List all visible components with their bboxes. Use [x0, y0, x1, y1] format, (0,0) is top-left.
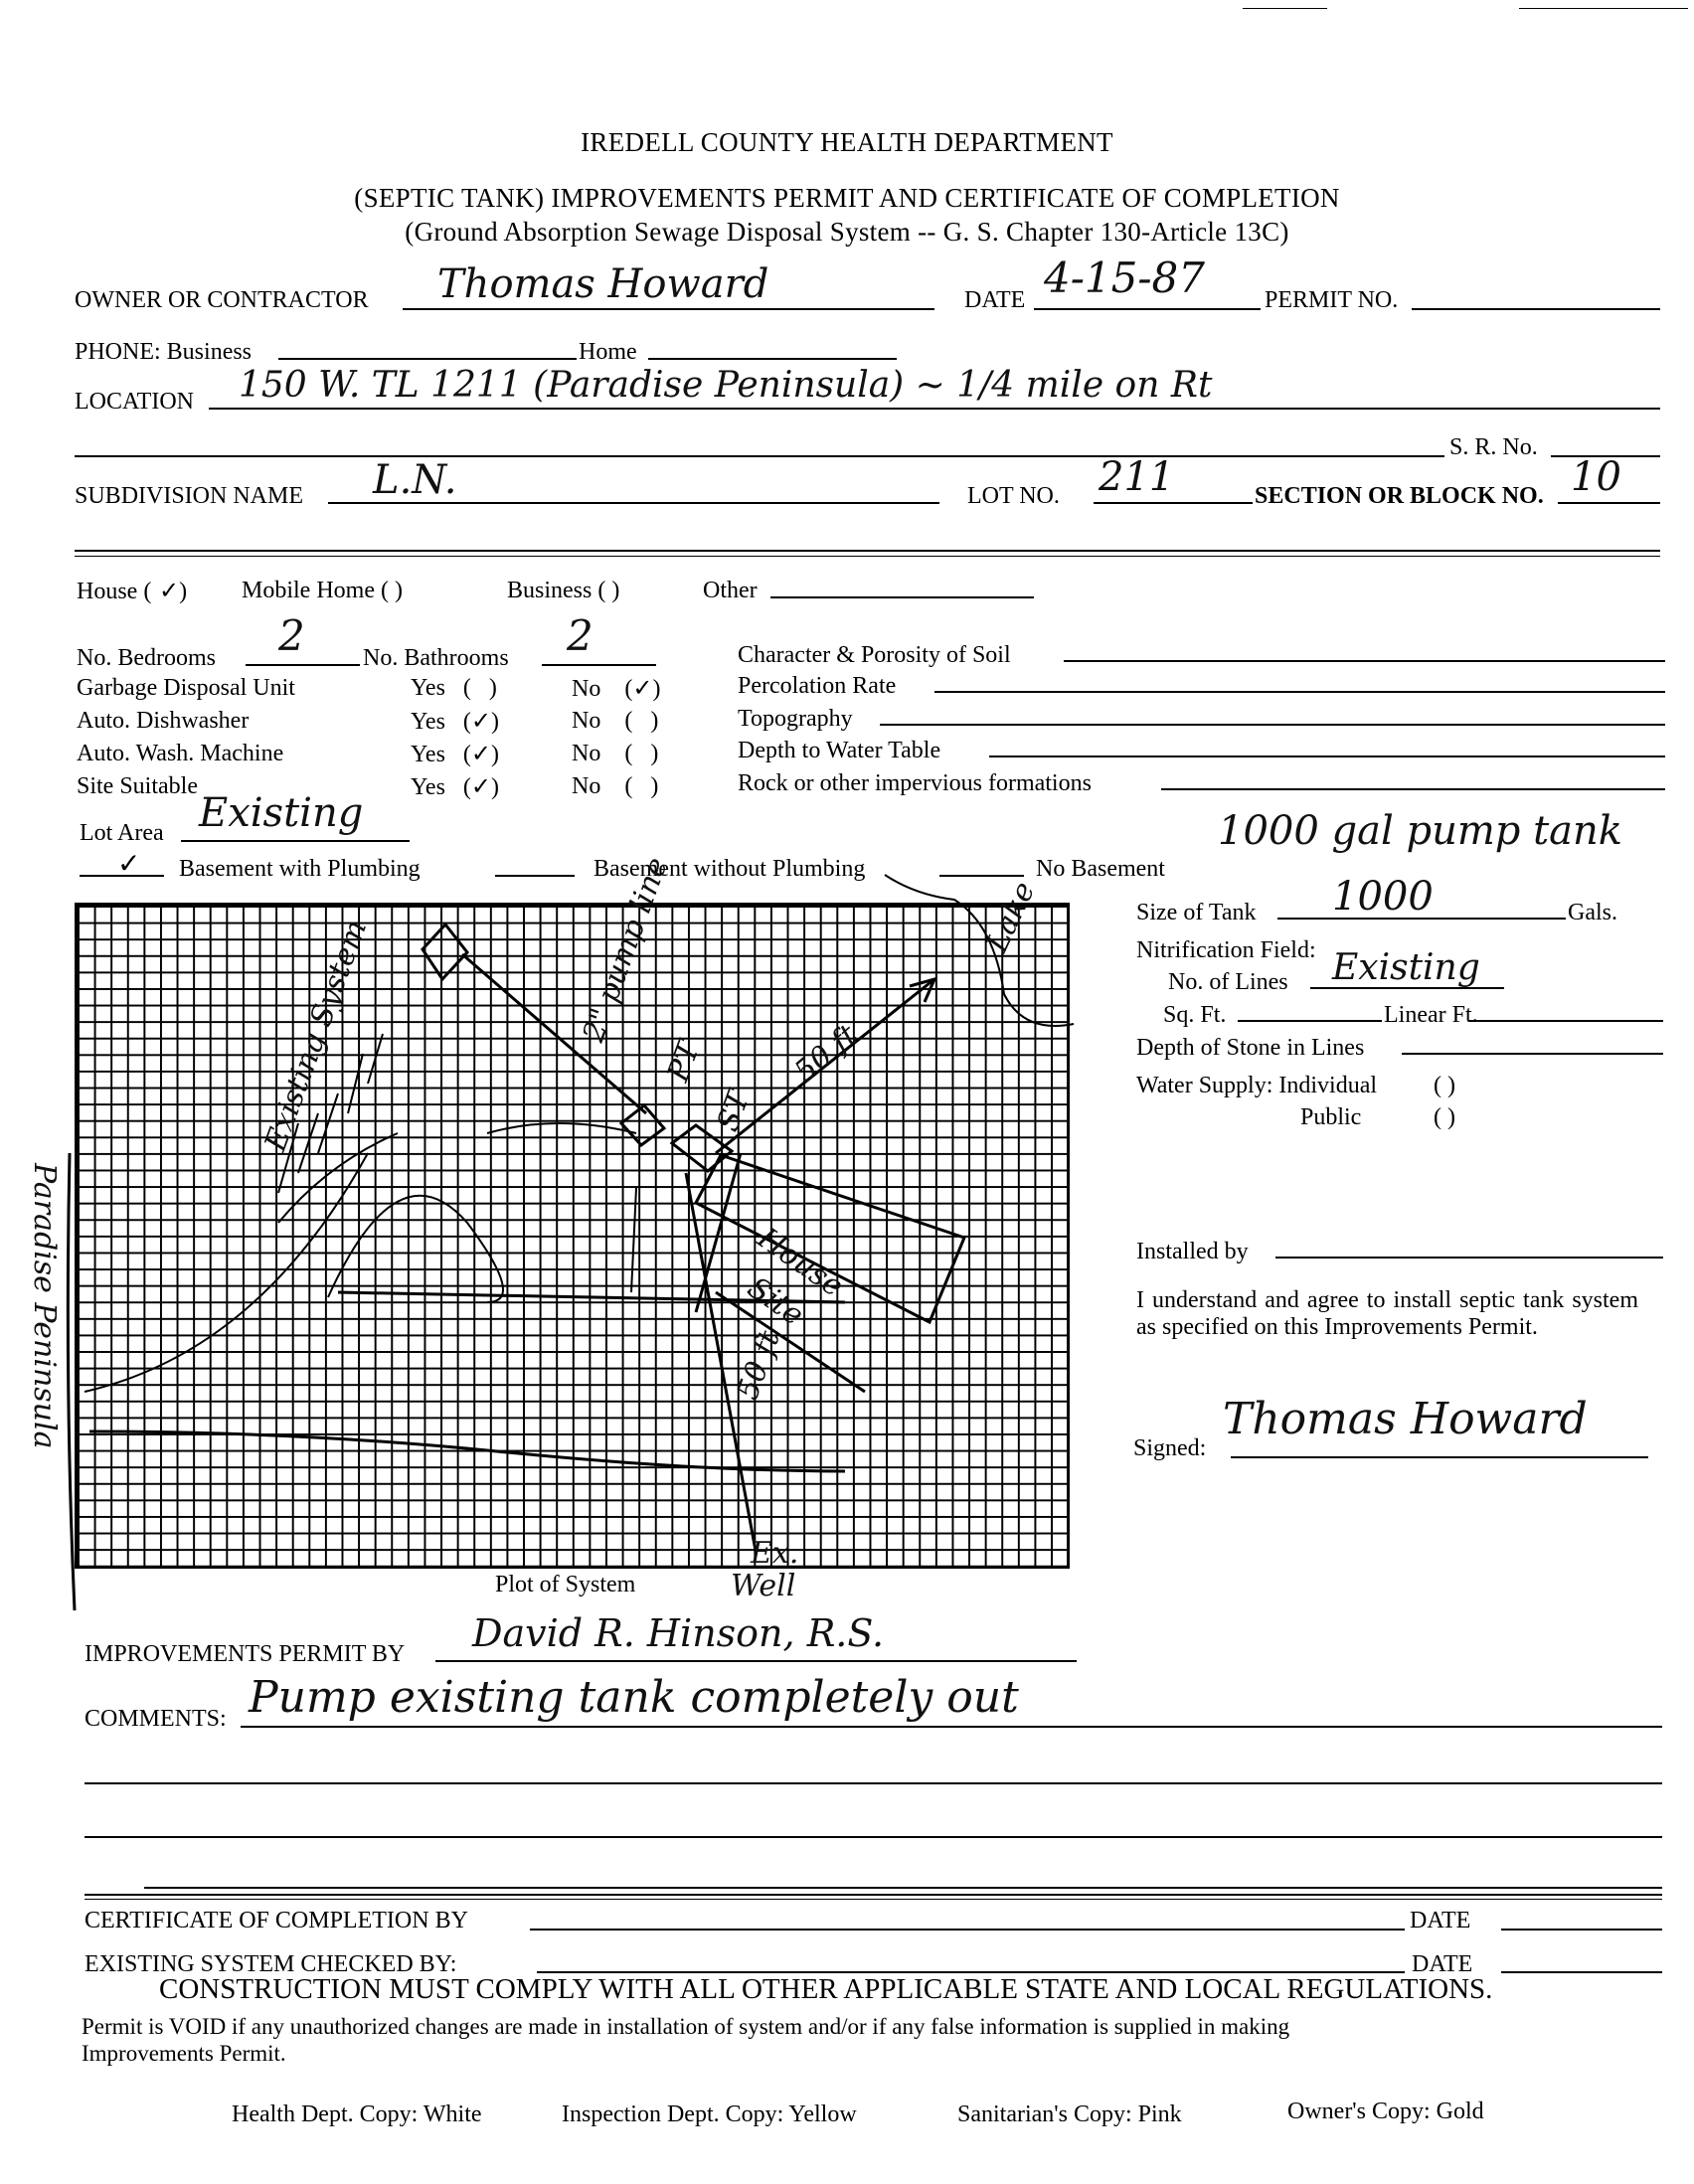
svg-text:PT: PT	[660, 1035, 708, 1088]
divider	[85, 1899, 1662, 1900]
copy-sanitarian: Sanitarian's Copy: Pink	[957, 2100, 1182, 2128]
divider	[85, 1894, 1662, 1896]
certificate-date-field[interactable]	[1501, 1929, 1662, 1931]
comments-line-4	[144, 1887, 1662, 1889]
plot-sketch: Existing System 2" pump line PT ST 50 ft…	[0, 0, 1694, 2184]
svg-text:Paradise Peninsula: Paradise Peninsula	[27, 1162, 62, 1448]
svg-text:Well: Well	[731, 1569, 795, 1603]
certificate-field[interactable]	[530, 1929, 1405, 1931]
permit-by-label: IMPROVEMENTS PERMIT BY	[85, 1640, 405, 1668]
comments-field-line	[241, 1726, 1662, 1728]
comments-label: COMMENTS:	[85, 1705, 227, 1733]
svg-text:50 ft: 50 ft	[731, 1325, 787, 1404]
comments-line-2	[85, 1782, 1662, 1784]
svg-text:Ex.: Ex.	[750, 1536, 798, 1571]
svg-text:2" pump line: 2" pump line	[576, 853, 675, 1048]
permit-by-field[interactable]: David R. Hinson, R.S.	[472, 1615, 884, 1651]
comments-field[interactable]: Pump existing tank completely out	[249, 1680, 1019, 1716]
permit-by-field-line	[435, 1660, 1077, 1662]
plot-caption: Plot of System	[495, 1571, 635, 1598]
svg-text:ST: ST	[711, 1085, 758, 1136]
certificate-label: CERTIFICATE OF COMPLETION BY	[85, 1907, 468, 1934]
comments-line-3	[85, 1836, 1662, 1838]
svg-text:50 ft: 50 ft	[788, 1017, 866, 1090]
copy-health-dept: Health Dept. Copy: White	[232, 2100, 482, 2128]
copy-inspection-dept: Inspection Dept. Copy: Yellow	[562, 2100, 857, 2128]
compliance-notice: CONSTRUCTION MUST COMPLY WITH ALL OTHER …	[159, 1973, 1492, 2006]
copy-owner: Owner's Copy: Gold	[1287, 2098, 1484, 2125]
void-notice-line-2: Improvements Permit.	[82, 2040, 286, 2068]
certificate-date-label: DATE	[1410, 1907, 1470, 1934]
void-notice-line-1: Permit is VOID if any unauthorized chang…	[82, 2013, 1289, 2041]
existing-date-field[interactable]	[1501, 1971, 1662, 1973]
svg-text:Lake: Lake	[979, 877, 1042, 959]
